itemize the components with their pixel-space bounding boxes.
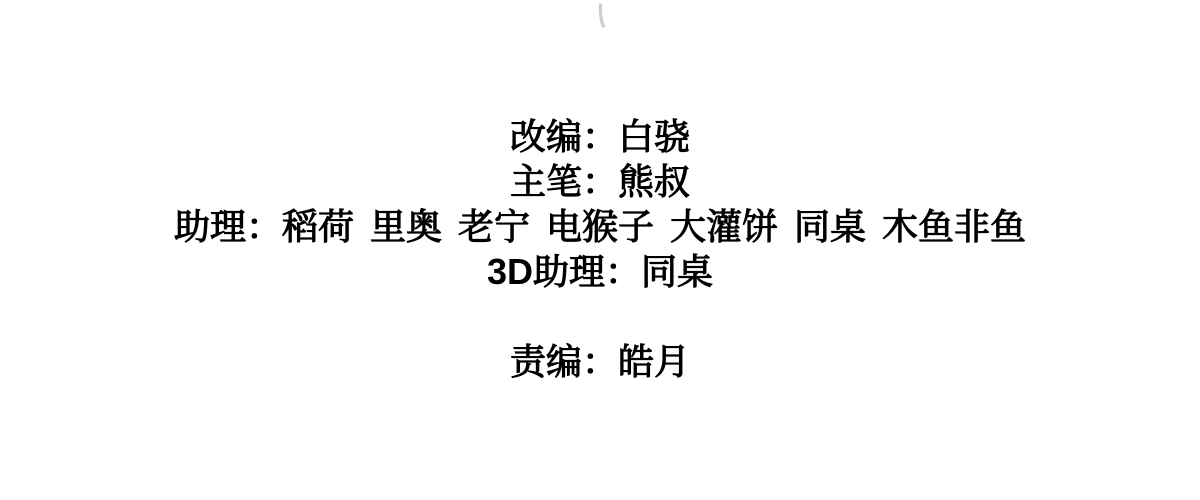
credits-block: 改编：白骁 主笔：熊叔 助理：稻荷 里奥 老宁 电猴子 大灌饼 同桌 木鱼非鱼 … <box>0 114 1200 384</box>
credits-page: 改编：白骁 主笔：熊叔 助理：稻荷 里奥 老宁 电猴子 大灌饼 同桌 木鱼非鱼 … <box>0 0 1200 500</box>
credit-line-assistants: 助理：稻荷 里奥 老宁 电猴子 大灌饼 同桌 木鱼非鱼 <box>0 204 1200 249</box>
credit-line-adaptation: 改编：白骁 <box>0 114 1200 159</box>
credit-line-lead-artist: 主笔：熊叔 <box>0 159 1200 204</box>
credit-line-3d-assistant: 3D助理：同桌 <box>0 249 1200 294</box>
credit-line-editor: 责编：皓月 <box>0 339 1200 384</box>
brush-stroke-mark <box>593 2 611 30</box>
